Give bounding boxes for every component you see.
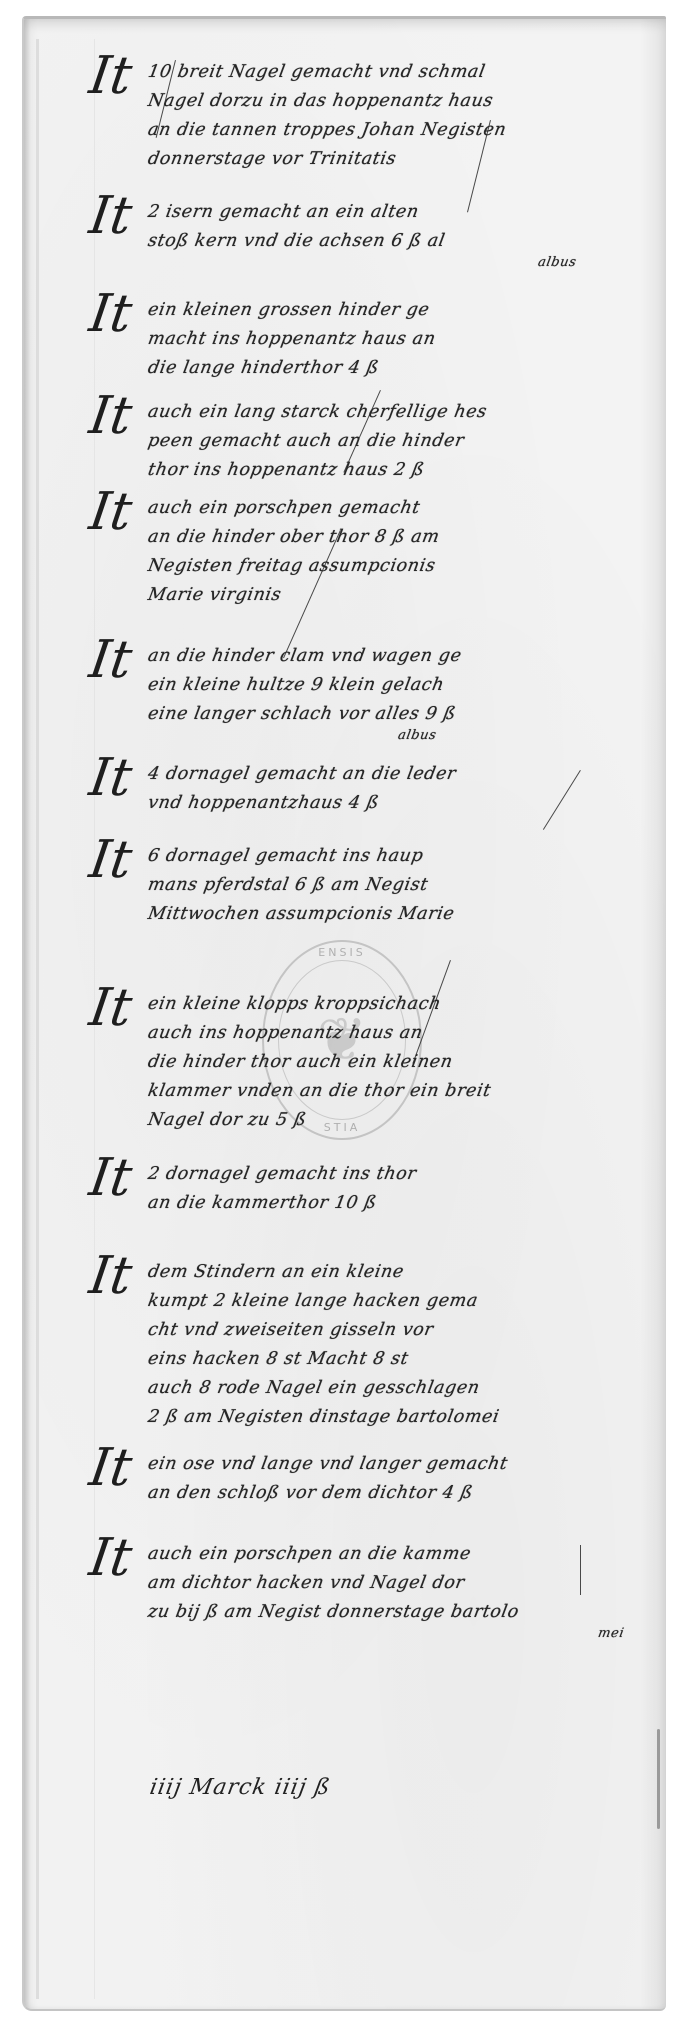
ledger-entry: It 2 isern gemacht an ein alten stoß ker… [90,198,650,270]
entry-line: eins hacken 8 st Macht 8 st [145,1345,652,1374]
ledger-entry: It auch ein porschpen gemacht an die hin… [90,494,650,610]
entry-line: donnerstage vor Trinitatis [145,145,652,174]
entry-line: an die hinder clam vnd wagen ge [145,642,652,671]
entry-line: am dichtor hacken vnd Nagel dor [145,1569,652,1598]
entry-line: an die tannen troppes Johan Negisten [145,116,652,145]
entry-line: die lange hinderthor 4 ß [145,354,652,383]
entry-line: auch 8 rode Nagel ein gesschlagen [145,1374,652,1403]
entry-line: ein ose vnd lange vnd langer gemacht [145,1450,652,1479]
ledger-entry: It dem Stindern an ein kleine kumpt 2 kl… [90,1258,650,1432]
entry-line: auch ein porschpen an die kamme [145,1540,652,1569]
stamp-text-top: ENSIS [264,946,420,959]
ledger-entry: It an die hinder clam vnd wagen ge ein k… [90,642,650,743]
entry-line: 2 ß am Negisten dinstage bartolomei [145,1403,652,1432]
entry-line: 10 breit Nagel gemacht vnd schmal [145,58,652,87]
entry-line: macht ins hoppenantz haus an [145,325,652,354]
entry-line: auch ein lang starck cherfellige hes [145,398,652,427]
item-initial: It [86,486,135,538]
entry-line: peen gemacht auch an die hinder [145,427,652,456]
entry-line: 2 isern gemacht an ein alten [145,198,652,227]
ledger-entry: It auch ein porschpen an die kamme am di… [90,1540,650,1641]
entry-line: klammer vnden an die thor ein breit [145,1077,652,1106]
item-initial: It [86,834,135,886]
entry-line: stoß kern vnd die achsen 6 ß al [145,227,652,256]
page-total: iiij Marck iiij ß [148,1775,333,1800]
ledger-entry: It 6 dornagel gemacht ins haup mans pfer… [90,842,650,929]
entry-line: Nagel dorzu in das hoppenantz haus [145,87,652,116]
pen-stroke [580,1545,581,1595]
entry-line: ein kleinen grossen hinder ge [145,296,652,325]
entry-line: auch ins hoppenantz haus an [145,1019,652,1048]
entry-line: thor ins hoppenantz haus 2 ß [145,456,652,485]
item-initial: It [86,50,135,102]
entry-line: Nagel dor zu 5 ß [145,1106,652,1135]
entry-line: Mittwochen assumpcionis Marie [145,900,652,929]
entry-line: 2 dornagel gemacht ins thor [145,1160,652,1189]
entry-line: vnd hoppenantzhaus 4 ß [145,789,652,818]
entry-line: mans pferdstal 6 ß am Negist [145,871,652,900]
item-initial: It [86,390,135,442]
entry-line: albus [537,256,651,270]
item-initial: It [86,288,135,340]
item-initial: It [86,1250,135,1302]
entry-line: zu bij ß am Negist donnerstage bartolo [145,1598,652,1627]
ledger-entry: It 4 dornagel gemacht an die leder vnd h… [90,760,650,818]
entry-line: albus [397,729,651,743]
entry-line: dem Stindern an ein kleine [145,1258,652,1287]
entry-line: Marie virginis [145,581,652,610]
entry-line: auch ein porschpen gemacht [145,494,652,523]
item-initial: It [86,752,135,804]
entry-line: 6 dornagel gemacht ins haup [145,842,652,871]
item-initial: It [86,982,135,1034]
entry-line: an die kammerthor 10 ß [145,1189,652,1218]
entry-line: Negisten freitag assumpcionis [145,552,652,581]
entry-line: ein kleine klopps kroppsichach [145,990,652,1019]
edge-mark [657,1729,660,1829]
item-initial: It [86,1442,135,1494]
ledger-entry: It ein kleinen grossen hinder ge macht i… [90,296,650,383]
entry-line: an den schloß vor dem dichtor 4 ß [145,1479,652,1508]
ledger-entry: It ein ose vnd lange vnd langer gemacht … [90,1450,650,1508]
ledger-entry: It ein kleine klopps kroppsichach auch i… [90,990,650,1135]
page-edge-fold [36,39,39,1999]
item-initial: It [86,1532,135,1584]
ledger-entry: It 10 breit Nagel gemacht vnd schmal Nag… [90,58,650,174]
entry-line: kumpt 2 kleine lange hacken gema [145,1287,652,1316]
entry-line: cht vnd zweiseiten gisseln vor [145,1316,652,1345]
entry-line: eine langer schlach vor alles 9 ß [145,700,652,729]
item-initial: It [86,1152,135,1204]
item-initial: It [86,634,135,686]
entry-line: mei [597,1627,651,1641]
ledger-entry: It 2 dornagel gemacht ins thor an die ka… [90,1160,650,1218]
entry-line: an die hinder ober thor 8 ß am [145,523,652,552]
entry-line: die hinder thor auch ein kleinen [145,1048,652,1077]
item-initial: It [86,190,135,242]
entry-line: ein kleine hultze 9 klein gelach [145,671,652,700]
